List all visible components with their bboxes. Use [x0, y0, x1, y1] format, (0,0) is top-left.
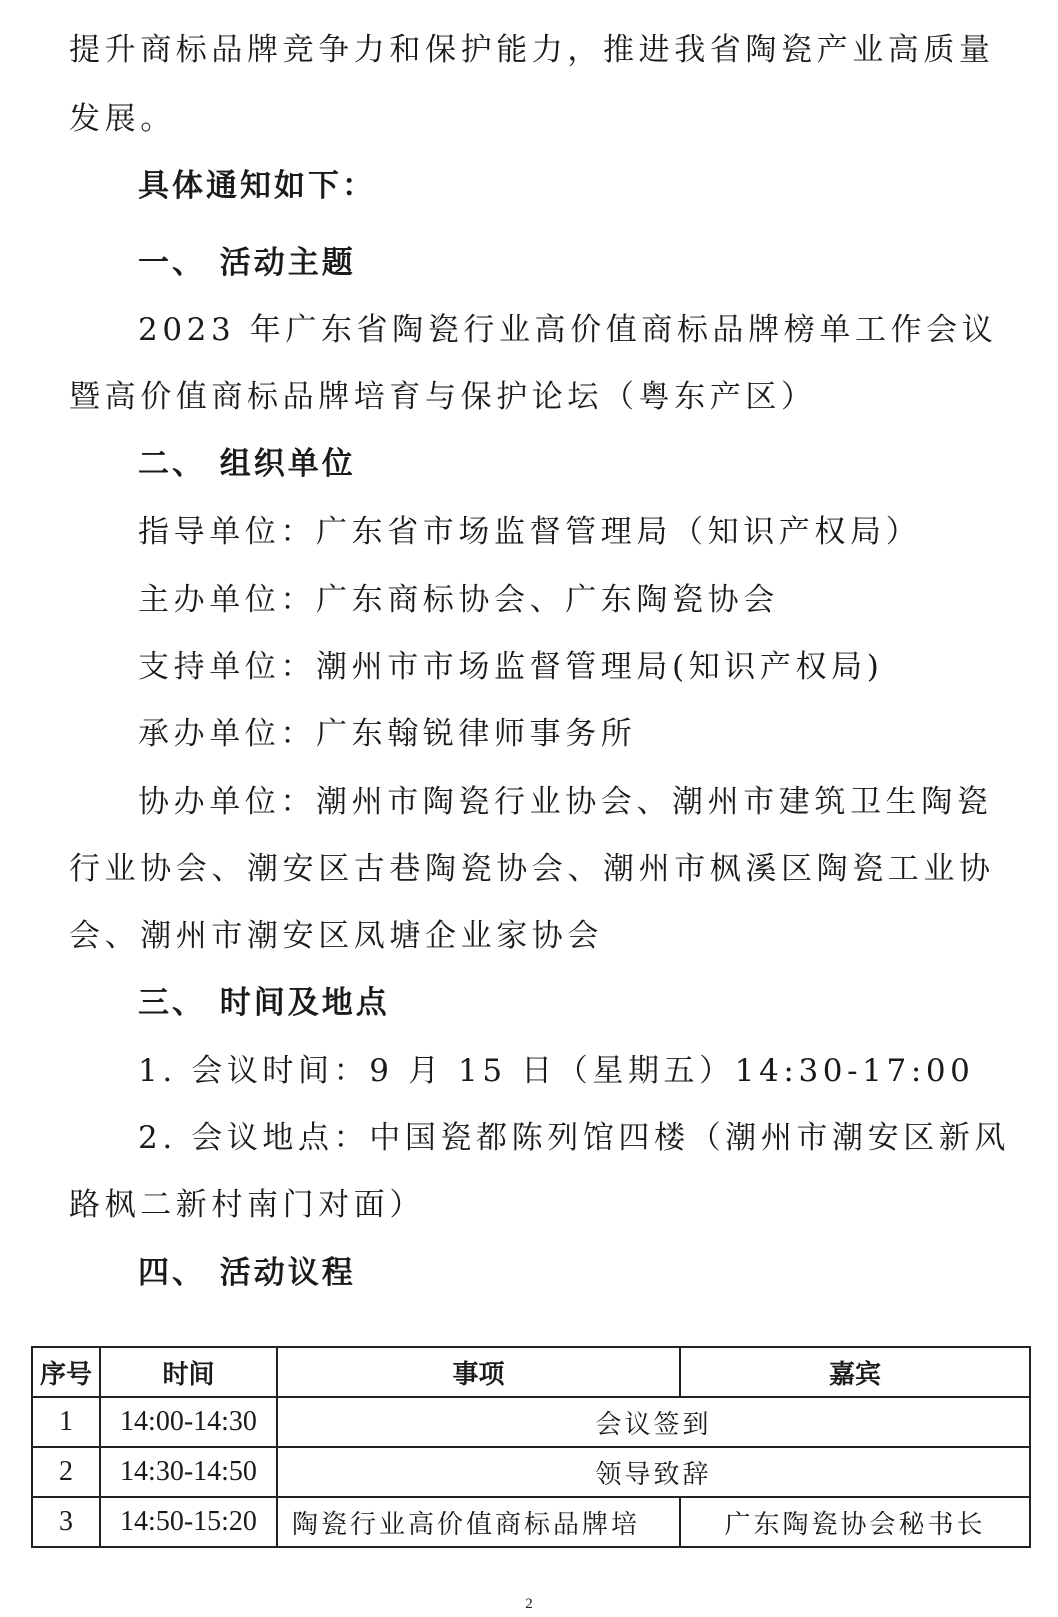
guiding-unit: 指导单位：广东省市场监督管理局（知识产权局） [138, 512, 921, 552]
support-unit: 支持单位：潮州市市场监督管理局(知识产权局) [138, 647, 883, 687]
table-row: 3 14:50-15:20 陶瓷行业高价值商标品牌培 广东陶瓷协会秘书长 [32, 1497, 1030, 1547]
row-item: 会议签到 [277, 1397, 1030, 1447]
section-heading-agenda: 四、 活动议程 [138, 1253, 356, 1293]
row-no: 2 [32, 1447, 100, 1497]
agenda-header-row: 序号 时间 事项 嘉宾 [32, 1347, 1030, 1397]
meeting-time: 1. 会议时间：9 月 15 日（星期五）14:30-17:00 [138, 1051, 975, 1091]
meeting-place-line-2: 路枫二新村南门对面） [69, 1185, 425, 1225]
section-heading-organizers: 二、 组织单位 [138, 444, 356, 484]
table-row: 1 14:00-14:30 会议签到 [32, 1397, 1030, 1447]
host-unit: 主办单位：广东商标协会、广东陶瓷协会 [138, 580, 779, 620]
row-item: 领导致辞 [277, 1447, 1030, 1497]
column-header-guest: 嘉宾 [680, 1347, 1030, 1397]
theme-line-1: 2023 年广东省陶瓷行业高价值商标品牌榜单工作会议 [138, 310, 997, 350]
theme-line-2: 暨高价值商标品牌培育与保护论坛（粤东产区） [69, 377, 817, 417]
row-time: 14:50-15:20 [100, 1497, 277, 1547]
co-organizer-line-2: 行业协会、潮安区古巷陶瓷协会、潮州市枫溪区陶瓷工业协 [69, 849, 995, 889]
notice-lead: 具体通知如下： [138, 166, 376, 206]
row-no: 1 [32, 1397, 100, 1447]
section-heading-time-place: 三、 时间及地点 [138, 983, 390, 1023]
intro-line-2: 发展。 [69, 99, 176, 139]
co-organizer-line-3: 会、潮州市潮安区凤塘企业家协会 [69, 916, 603, 956]
row-time: 14:30-14:50 [100, 1447, 277, 1497]
section-heading-theme: 一、 活动主题 [138, 243, 356, 283]
row-no: 3 [32, 1497, 100, 1547]
column-header-item: 事项 [277, 1347, 680, 1397]
meeting-place-line-1: 2. 会议地点：中国瓷都陈列馆四楼（潮州市潮安区新风 [138, 1118, 1010, 1158]
row-item: 陶瓷行业高价值商标品牌培 [277, 1497, 680, 1547]
co-organizer-line-1: 协办单位：潮州市陶瓷行业协会、潮州市建筑卫生陶瓷 [138, 782, 992, 822]
undertaking-unit: 承办单位：广东翰锐律师事务所 [138, 714, 636, 754]
page-number: 2 [0, 1596, 1058, 1613]
table-row: 2 14:30-14:50 领导致辞 [32, 1447, 1030, 1497]
row-time: 14:00-14:30 [100, 1397, 277, 1447]
column-header-time: 时间 [100, 1347, 277, 1397]
agenda-table: 序号 时间 事项 嘉宾 1 14:00-14:30 会议签到 2 14:30-1… [31, 1346, 1031, 1548]
column-header-no: 序号 [32, 1347, 100, 1397]
row-guest: 广东陶瓷协会秘书长 [680, 1497, 1030, 1547]
intro-line-1: 提升商标品牌竞争力和保护能力，推进我省陶瓷产业高质量 [69, 30, 995, 70]
